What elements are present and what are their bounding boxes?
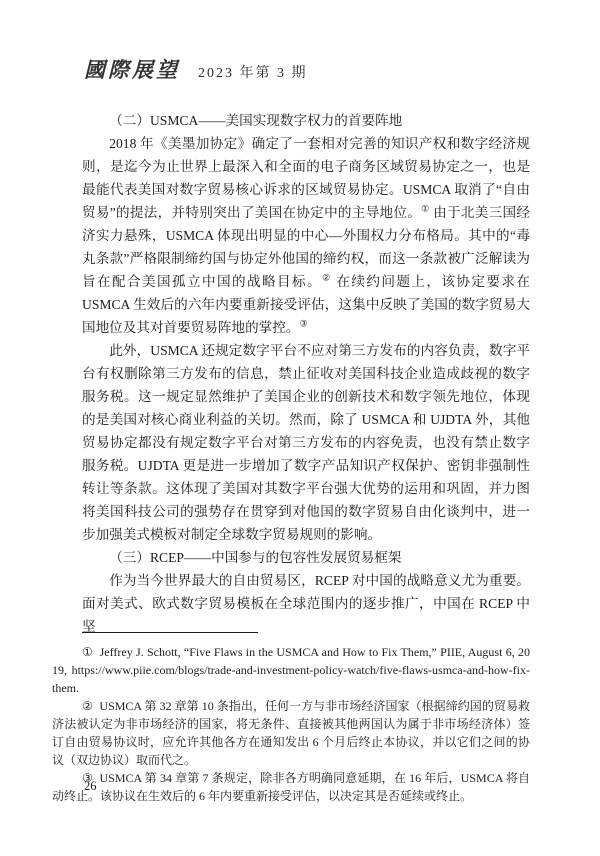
section-heading-2: （二）USMCA——美国实现数字权力的首要阵地 — [82, 109, 530, 132]
footnote-separator-rule — [82, 632, 258, 633]
footnote-1-marker: ① — [82, 645, 93, 659]
footnote-1-text: Jeffrey J. Schott, “Five Flaws in the US… — [52, 645, 530, 695]
footnote-3-text: USMCA 第 34 章第 7 条规定，除非各方明确同意延期，在 16 年后，U… — [52, 771, 530, 803]
footnote-2-text: USMCA 第 32 章第 10 条指出，任何一方与非市场经济国家（根据缔约国的… — [52, 699, 530, 767]
footnote-2-marker: ② — [82, 699, 93, 713]
journal-page: 國際展望 2023 年第 3 期 （二）USMCA——美国实现数字权力的首要阵地… — [0, 0, 600, 856]
paragraph-3: 作为当今世界最大的自由贸易区，RCEP 对中国的战略意义尤为重要。面对美式、欧式… — [82, 569, 530, 638]
article-body: （二）USMCA——美国实现数字权力的首要阵地 2018 年《美墨加协定》确定了… — [82, 109, 530, 638]
footnote-3: ③USMCA 第 34 章第 7 条规定，除非各方明确同意延期，在 16 年后，… — [52, 769, 530, 805]
journal-logo: 國際展望 — [84, 54, 180, 84]
footnote-2: ②USMCA 第 32 章第 10 条指出，任何一方与非市场经济国家（根据缔约国… — [52, 697, 530, 769]
footnote-ref-2: ② — [322, 272, 331, 282]
running-head: 國際展望 2023 年第 3 期 — [84, 54, 308, 84]
page-number: 26 — [84, 779, 97, 794]
paragraph-1: 2018 年《美墨加协定》确定了一套相对完善的知识产权和数字经济规则，是迄今为止… — [82, 132, 530, 339]
footnote-1: ①Jeffrey J. Schott, “Five Flaws in the U… — [52, 643, 530, 697]
footnote-ref-1: ① — [421, 203, 429, 213]
issue-info: 2023 年第 3 期 — [198, 62, 308, 82]
footnotes-block: ①Jeffrey J. Schott, “Five Flaws in the U… — [52, 643, 530, 805]
paragraph-2: 此外，USMCA 还规定数字平台不应对第三方发布的内容负责，数字平台有权删除第三… — [82, 339, 530, 546]
section-heading-3: （三）RCEP——中国参与的包容性发展贸易框架 — [82, 546, 530, 569]
footnote-ref-3: ③ — [300, 318, 308, 328]
